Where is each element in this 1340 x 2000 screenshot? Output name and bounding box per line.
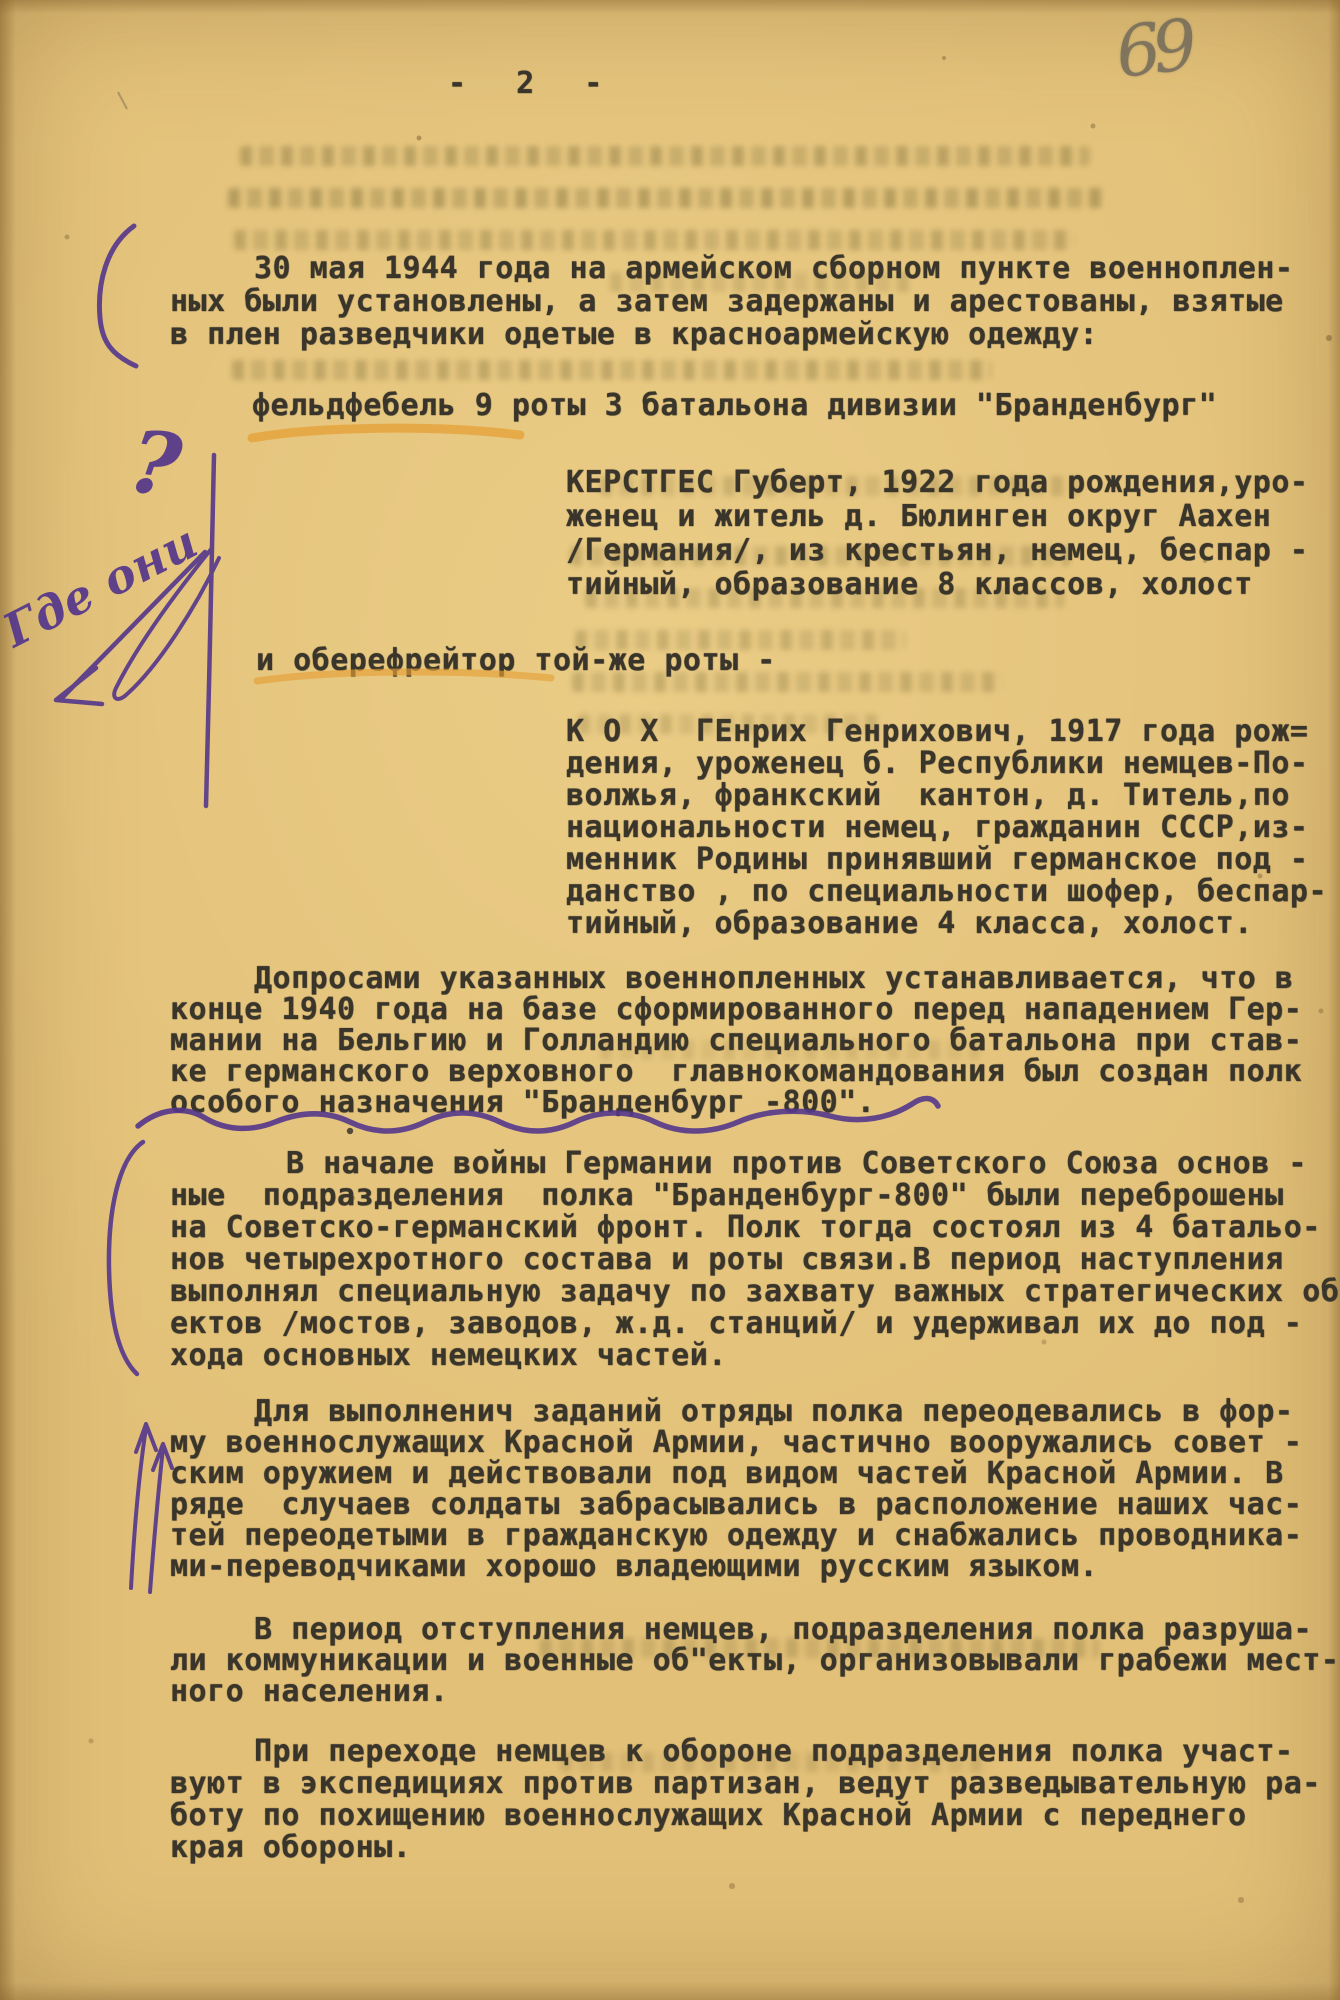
margin-arrow-head [56,668,102,704]
orange-underline-feldwebel [252,428,520,438]
scanned-document-page: 69 - 2 - 30 мая 1944 года на армейском с… [0,0,1340,2000]
ink-annotations-layer: Где они ? [0,0,1340,2000]
wavy-underline [138,1098,938,1131]
margin-up-arrow-2 [150,1444,172,1592]
margin-vertical-line [206,455,214,806]
margin-bracket-intro [99,226,136,366]
margin-note-question-mark: ? [123,411,189,518]
pencil-scratch [118,92,127,109]
orange-underline-obergefreiter [257,672,551,681]
margin-bracket-war-start [109,1142,143,1374]
ink-dot [347,1128,353,1134]
